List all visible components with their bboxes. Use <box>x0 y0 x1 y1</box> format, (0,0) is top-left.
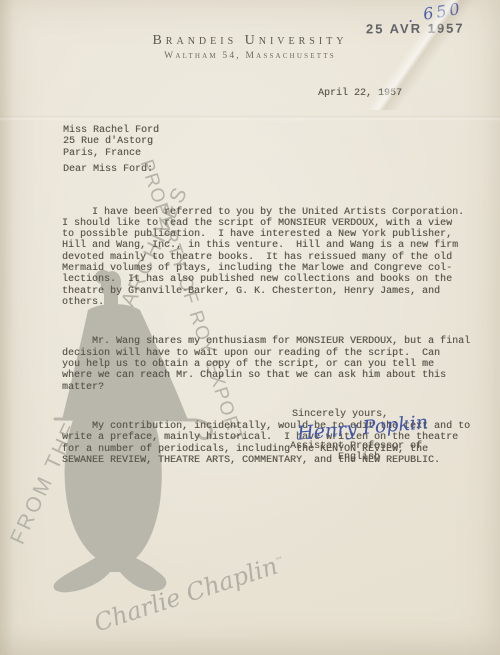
text-line: matter? <box>62 382 482 393</box>
trademark-symbol: ™ <box>274 555 284 566</box>
text-line: Mermaid volumes of plays, including the … <box>62 263 482 274</box>
text-line: English <box>290 452 422 463</box>
text-line: Miss Rachel Ford <box>63 125 159 136</box>
text-line: you help us to obtain a copy of the scri… <box>62 359 482 370</box>
letter-date: April 22, 1957 <box>318 88 402 99</box>
letterhead: Brandeis University Waltham 54, Massachu… <box>0 33 500 61</box>
letterhead-address: Waltham 54, Massachusetts <box>0 51 500 61</box>
chaplin-signature-watermark: Charlie Chaplin™ <box>91 549 289 637</box>
text-line: Paris, France <box>63 148 159 159</box>
text-line: where we can reach Mr. Chaplin so that w… <box>62 370 482 381</box>
paragraph-1: I have been referred to you by the Unite… <box>62 207 482 309</box>
text-line: lections. It has also published new coll… <box>62 274 482 285</box>
text-line: Hill and Wang, Inc., in this venture. Hi… <box>62 240 482 251</box>
text-line: 25 Rue d'Astorg <box>63 136 159 147</box>
text-line: decision will have to wait upon our read… <box>62 348 482 359</box>
text-line: Mr. Wang shares my enthusiasm for MONSIE… <box>62 336 482 347</box>
text-line: devoted mainly to theatre books. It has … <box>62 252 482 263</box>
chaplin-signature-text: Charlie Chaplin <box>91 552 281 638</box>
text-line: I should like to read the script of MONS… <box>62 218 482 229</box>
text-line: others. <box>62 297 482 308</box>
signer-title: Assistant Professor of English <box>290 441 422 464</box>
text-line: to possible publication. I have interest… <box>62 229 482 240</box>
paper-edge-shadow-left <box>0 0 14 655</box>
text-line: Assistant Professor of <box>290 441 422 452</box>
text-line: I have been referred to you by the Unite… <box>62 207 482 218</box>
salutation: Dear Miss Ford: <box>63 164 153 175</box>
recipient-address: Miss Rachel Ford25 Rue d'AstorgParis, Fr… <box>63 125 159 159</box>
paragraph-2: Mr. Wang shares my enthusiasm for MONSIE… <box>62 336 482 392</box>
paper-fold-line <box>0 112 500 122</box>
text-line: theatre by Granville-Barker, G. K. Chest… <box>62 286 482 297</box>
scanned-letter-page: FROM THE CHAPLIN ARCHIVES PROPERTY OF RO… <box>0 0 500 655</box>
